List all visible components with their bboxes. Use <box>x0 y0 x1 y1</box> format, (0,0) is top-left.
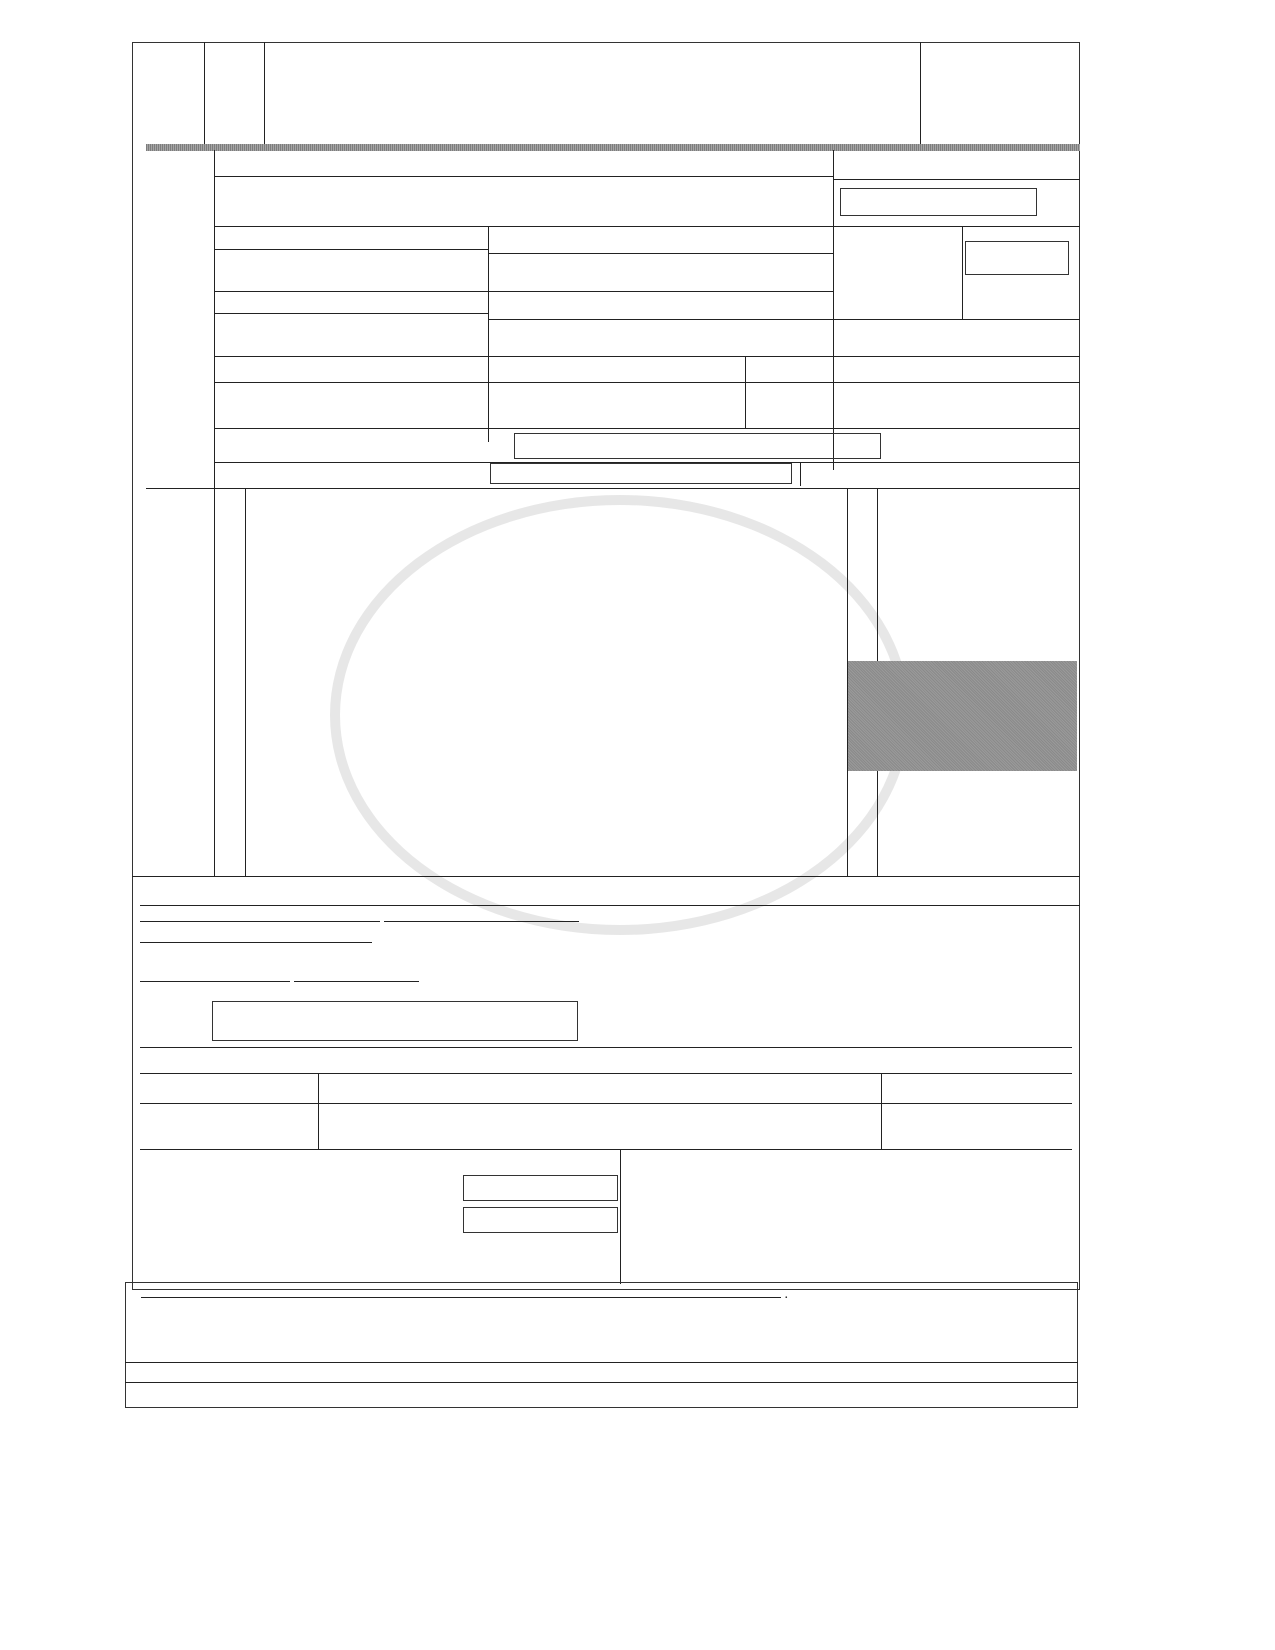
declaration-line-2 <box>140 929 382 949</box>
date-field <box>463 1175 618 1201</box>
ack-field <box>490 463 792 484</box>
shaded-area <box>848 661 1077 771</box>
declaration-pan <box>294 981 419 982</box>
declaration-ack-number <box>140 942 372 943</box>
computation-section-label <box>176 514 194 744</box>
header-band <box>146 144 1080 151</box>
ip-field <box>463 1207 618 1233</box>
personal-section-label <box>167 193 203 453</box>
signature-box[interactable] <box>212 1001 578 1041</box>
section-divider <box>146 488 1080 489</box>
pan-field <box>840 188 1037 216</box>
declaration-line-4 <box>140 968 419 988</box>
capacity <box>140 981 290 982</box>
email-address <box>141 1297 781 1298</box>
ao-field <box>514 433 881 459</box>
form-number-field <box>965 241 1069 275</box>
declaration-line-1 <box>140 908 579 928</box>
barcode-icon <box>718 1160 1012 1218</box>
father-name <box>384 921 579 922</box>
instructions-text: . <box>141 1285 1066 1305</box>
declarant-name <box>140 921 380 922</box>
